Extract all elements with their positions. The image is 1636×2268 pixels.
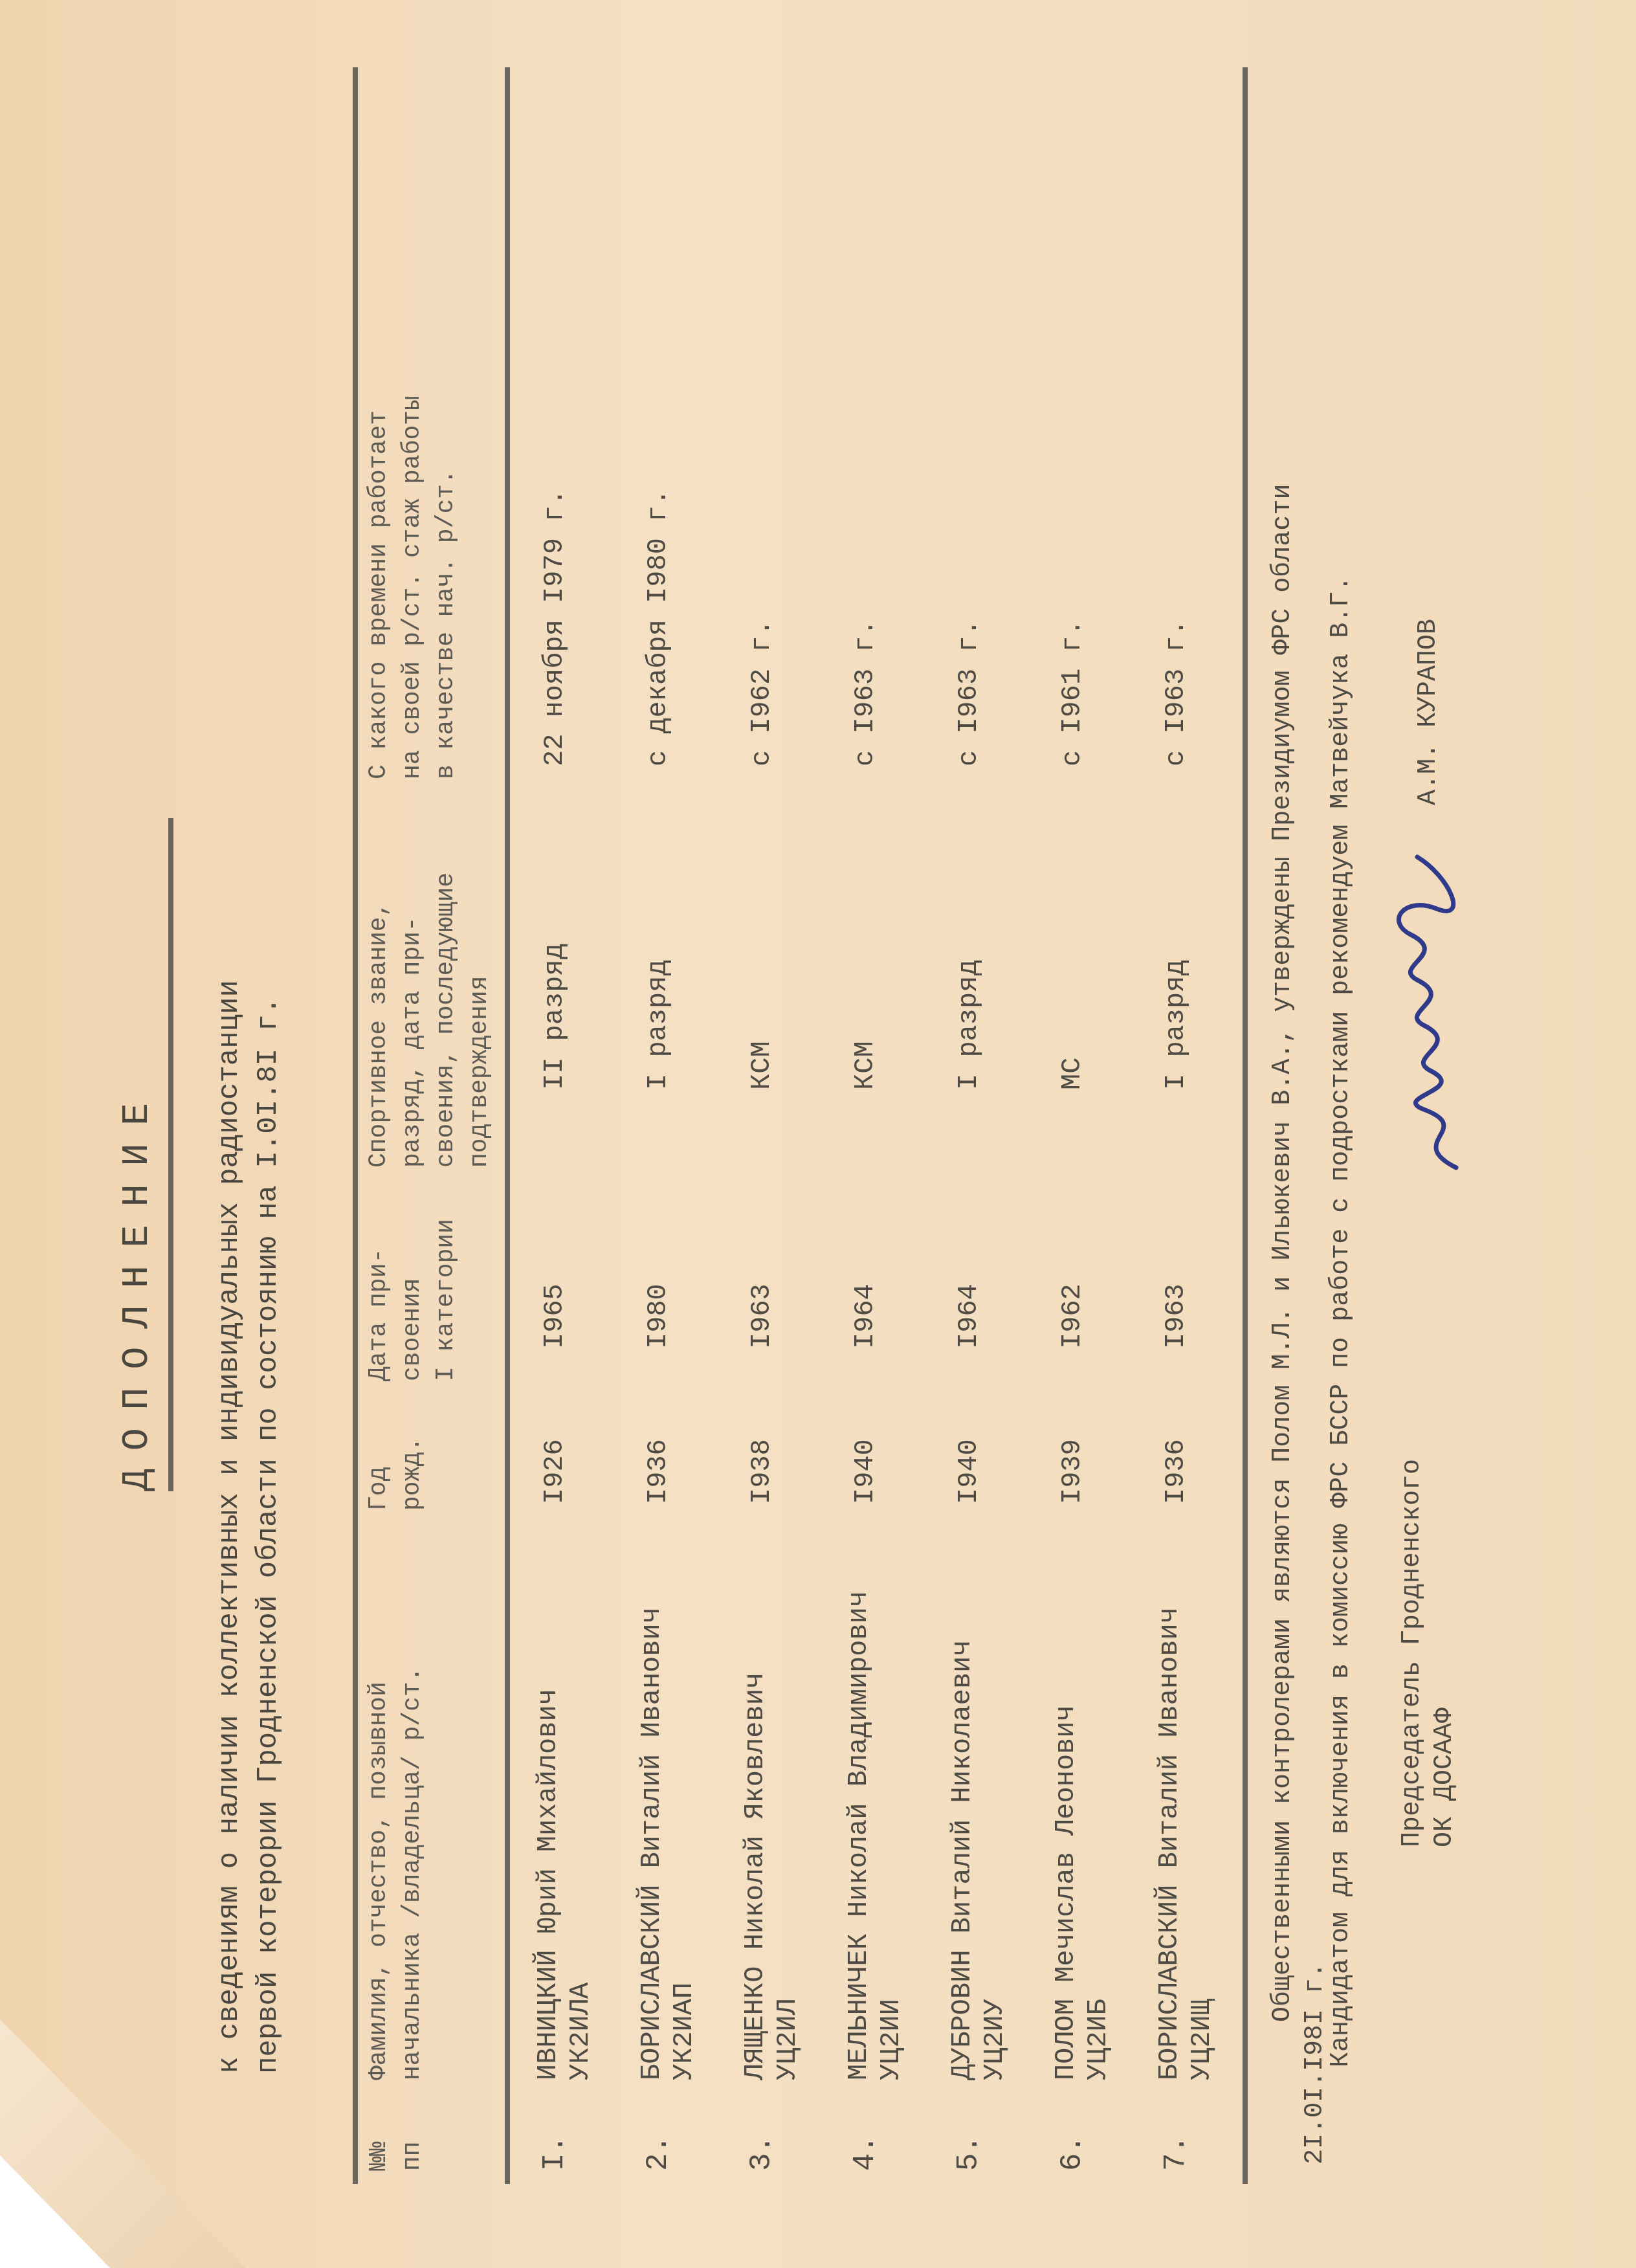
footer-date: 2I.0I.I98I г. [1301,1962,1330,2164]
row-category: I980 [641,1284,676,1349]
row-name: ПОЛОМ Мечислав Леонович [1048,1705,1083,2080]
row-since: с декабря I980 г. [641,489,676,766]
title-underline [168,818,173,1491]
table-top-rule [353,67,358,2184]
row-category: I963 [1158,1284,1193,1349]
row-name: ДУБРОВИН Виталий Николаевич [945,1640,980,2080]
row-callsign: УЦ2ИЩ [1184,1999,1219,2080]
row-since: с I961 г. [1055,619,1090,766]
row-name: МЕЛЬНИЧЕК Николай Владимирович [841,1591,876,2080]
header-bottom-rule [505,67,510,2184]
row-callsign: УЦ2ИЛ [770,1999,805,2080]
row-rank: МС [1055,1058,1090,1090]
row-name: БОРИСЛАВСКИЙ Виталий Иванович [1152,1607,1187,2080]
row-num: 4. [848,2135,883,2171]
row-rank: КСМ [848,1041,883,1090]
row-rank: I разряд [951,959,986,1090]
document-title: ДОПОЛНЕНИЕ [116,1085,159,1491]
row-callsign: УК2ИЛА [563,1983,598,2080]
row-num: 5. [951,2135,986,2171]
header-sport-rank: Спортивное звание, разряд, дата при- сво… [362,873,497,1168]
row-since: с I963 г. [848,619,883,766]
row-rank: I разряд [1158,959,1193,1090]
subtitle-line-2: первой котерории Гродненской области по … [252,997,285,2074]
row-callsign: УЦ2ИИ [874,1999,909,2080]
row-since: с I963 г. [951,619,986,766]
row-name: ЛЯЩЕНКО Николай Яковлевич [738,1673,773,2080]
row-born: I940 [848,1439,883,1504]
handwritten-signature [1378,844,1488,1181]
row-since: с I963 г. [1158,619,1193,766]
header-name: Фамилия, отчество, позывной начальника /… [362,1667,430,2080]
row-category: I962 [1055,1284,1090,1349]
row-born: I926 [537,1439,572,1504]
row-category: I964 [951,1284,986,1349]
table-bottom-rule [1243,67,1248,2184]
row-born: I936 [1158,1439,1193,1504]
signatory-title-1: Председатель Гродненского [1398,1459,1427,1847]
row-rank: КСМ [744,1041,779,1090]
header-born: Год рожд. [362,1437,430,1511]
row-rank: I разряд [641,959,676,1090]
row-callsign: УК2ИАП [667,1983,702,2080]
row-num: 6. [1055,2135,1090,2171]
row-callsign: УЦ2ИБ [1081,1999,1116,2080]
row-born: I936 [641,1439,676,1504]
signatory-title-2: ОК ДОСААФ [1430,1707,1459,1847]
row-category: I963 [744,1284,779,1349]
footer-line-1: Общественными контролерами являются Поло… [1268,484,1298,2022]
row-num: I. [537,2135,572,2171]
row-since: 22 ноября I979 г. [537,489,572,766]
row-num: 2. [641,2135,676,2171]
row-born: I940 [951,1439,986,1504]
row-name: БОРИСЛАВСКИЙ Виталий Иванович [634,1607,669,2080]
row-callsign: УЦ2ИУ [977,1999,1012,2080]
row-name: ИВНИЦКИЙ Юрий Михайлович [531,1689,566,2080]
signatory-name: А.М. КУРАПОВ [1414,619,1443,805]
row-num: 7. [1158,2135,1193,2171]
header-num: №№ пп [362,2141,430,2171]
document-page: ДОПОЛНЕНИЕ к сведениям о наличии коллект… [0,0,1636,2268]
header-work-since: С какого времени работает на своей р/ст.… [362,395,463,779]
row-num: 3. [744,2135,779,2171]
header-category-date: Дата при- своения I категории [362,1219,463,1381]
row-born: I939 [1055,1439,1090,1504]
footer-line-2: Кандидатом для включения в комиссию ФРС … [1327,576,1356,2067]
subtitle-line-1: к сведениям о наличии коллективных и инд… [214,980,246,2074]
row-rank: II разряд [537,943,572,1090]
row-category: I965 [537,1284,572,1349]
row-born: I938 [744,1439,779,1504]
row-category: I964 [848,1284,883,1349]
row-since: с I962 г. [744,619,779,766]
